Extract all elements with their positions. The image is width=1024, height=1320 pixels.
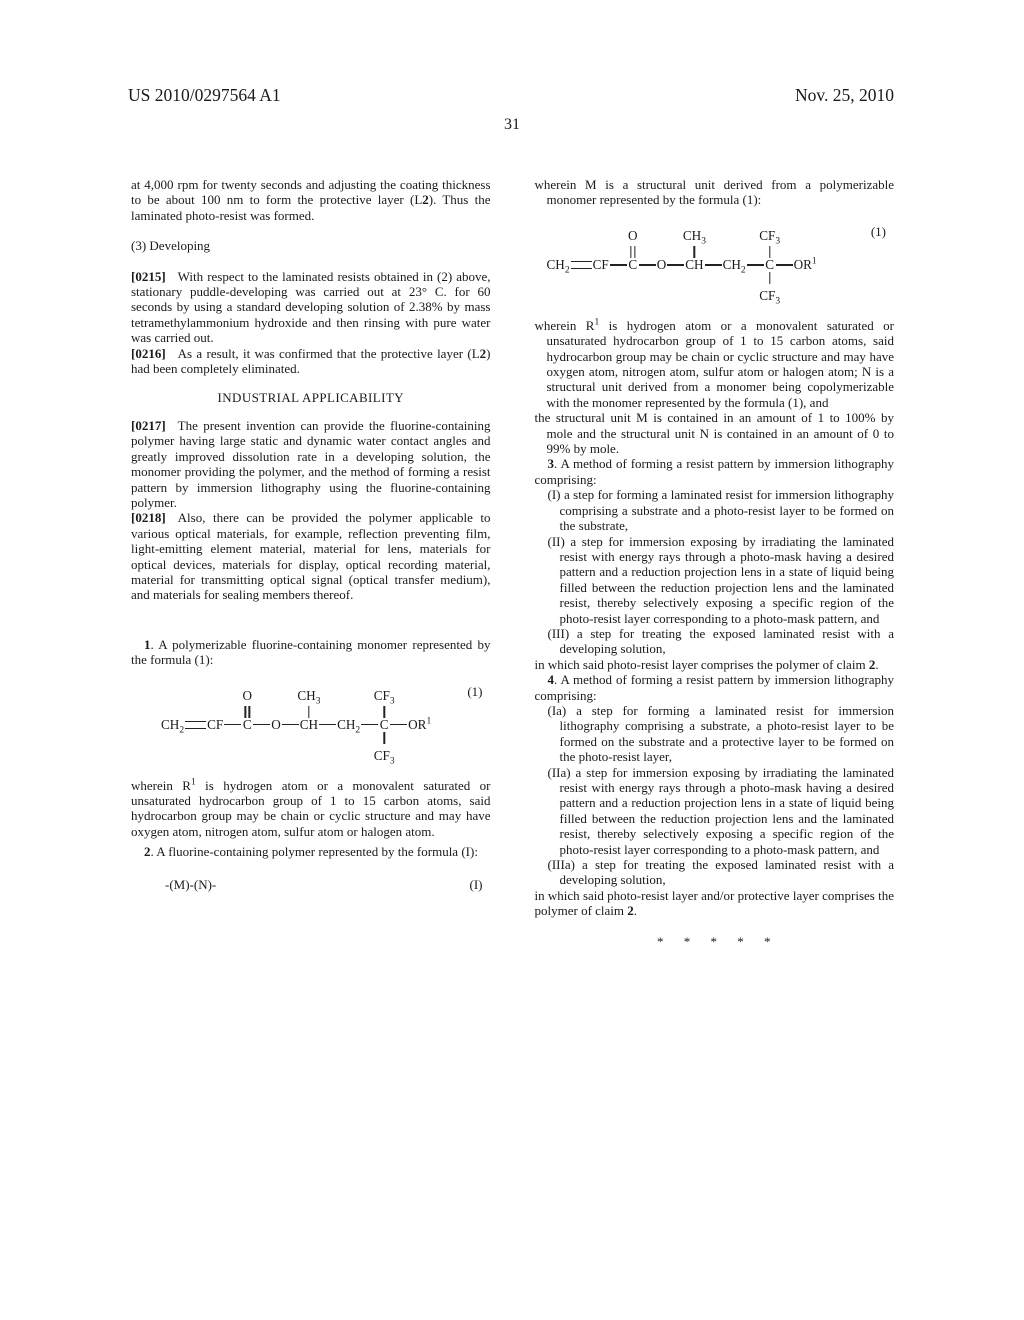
atom-c: C: [628, 257, 637, 273]
atom-or1: OR1: [794, 257, 817, 273]
claim-4-tail: in which said photo-resist layer and/or …: [535, 888, 895, 919]
claim-1: 1. A polymerizable fluorine-containing m…: [131, 637, 491, 668]
two-column-body: at 4,000 rpm for twenty seconds and adju…: [0, 134, 1024, 949]
atom-ch3: CH3: [297, 688, 320, 704]
paragraph-0217: [0217]The present invention can provide …: [131, 418, 491, 510]
atom-ch2: CH2: [161, 717, 184, 733]
formula-I-block: -(M)-(N)- (I): [131, 877, 491, 892]
claim-3-step-II: (II) a step for immersion exposing by ir…: [535, 534, 895, 626]
paragraph-text: As a result, it was confirmed that the p…: [131, 346, 491, 376]
single-bond: [639, 264, 656, 265]
claim-4-step-Ia: (Ia) a step for forming a laminated resi…: [535, 703, 895, 765]
claim-4: 4. A method of forming a resist pattern …: [535, 672, 895, 703]
single-bond-vertical: [769, 272, 770, 284]
paragraph-0215: [0215]With respect to the laminated resi…: [131, 269, 491, 346]
single-bond-vertical: [694, 246, 695, 258]
single-bond: [776, 264, 793, 265]
ch-methyl-group: CH3 CH: [685, 224, 703, 306]
claim-3: 3. A method of forming a resist pattern …: [535, 456, 895, 487]
atom-ch3: CH3: [683, 228, 706, 244]
single-bond-vertical: [383, 706, 384, 718]
single-bond: [282, 724, 299, 725]
end-of-claims-asterisks: * * * * *: [535, 934, 895, 949]
atom-cf3-bottom: CF3: [374, 748, 395, 764]
paragraph-0216: [0216]As a result, it was confirmed that…: [131, 346, 491, 377]
formula-I-body: -(M)-(N)-: [131, 877, 216, 892]
paragraph-text: Also, there can be provided the polymer …: [131, 510, 491, 602]
single-bond: [610, 264, 627, 265]
paragraph-0218: [0218]Also, there can be provided the po…: [131, 510, 491, 602]
atom-cf: CF: [593, 257, 609, 273]
c-bis-trifluoromethyl-group: CF3 C CF3: [379, 684, 389, 766]
claim-3-tail: in which said photo-resist layer compris…: [535, 657, 895, 672]
double-bond: [571, 261, 592, 269]
section-heading-developing: (3) Developing: [131, 238, 491, 253]
double-bond-vertical: [245, 706, 250, 718]
ch-methyl-group: CH3 CH: [300, 684, 318, 766]
atom-cf3-bottom: CF3: [759, 288, 780, 304]
formula-1-block-right: (1) CH2 CF O C O CH3: [535, 224, 895, 306]
atom-cf3-top: CF3: [759, 228, 780, 244]
paragraph-tag: [0218]: [131, 510, 178, 525]
single-bond: [705, 264, 722, 265]
single-bond-vertical: [383, 732, 384, 744]
left-column: at 4,000 rpm for twenty seconds and adju…: [131, 177, 491, 949]
chemical-structure-formula-1: CH2 CF O C O CH3 CH: [547, 224, 895, 306]
publication-date: Nov. 25, 2010: [795, 86, 894, 105]
section-heading-industrial-applicability: INDUSTRIAL APPLICABILITY: [131, 390, 491, 405]
paragraph-tag: [0216]: [131, 346, 178, 361]
paragraph-continued: at 4,000 rpm for twenty seconds and adju…: [131, 177, 491, 223]
claim-3-step-III: (III) a step for treating the exposed la…: [535, 626, 895, 657]
formula-number-label: (1): [871, 224, 886, 239]
claim-3-step-I: (I) a step for forming a laminated resis…: [535, 487, 895, 533]
patent-document-page: US 2010/0297564 A1 Nov. 25, 2010 31 at 4…: [0, 0, 1024, 1320]
formula-1-block-left: (1) CH2 CF O C O CH3: [131, 684, 491, 766]
carbonyl-group: O C: [242, 684, 252, 766]
double-bond-vertical: [630, 246, 635, 258]
atom-cf3-top: CF3: [374, 688, 395, 704]
atom-c: C: [765, 257, 774, 273]
page-number: 31: [0, 116, 1024, 134]
atom-ch: CH: [300, 717, 318, 733]
paragraph-text: With respect to the laminated resists ob…: [131, 269, 491, 346]
double-bond: [185, 721, 206, 729]
atom-o-carbonyl: O: [242, 688, 252, 704]
paragraph-tag: [0215]: [131, 269, 178, 284]
single-bond: [361, 724, 378, 725]
claim-4-step-IIa: (IIa) a step for immersion exposing by i…: [535, 765, 895, 857]
atom-or1: OR1: [408, 717, 431, 733]
paragraph-text: The present invention can provide the fl…: [131, 418, 491, 510]
single-bond: [319, 724, 336, 725]
formula-number-label: (1): [467, 684, 482, 699]
atom-c: C: [380, 717, 389, 733]
single-bond: [667, 264, 684, 265]
chemical-structure-formula-1: CH2 CF O C O CH3 CH: [161, 684, 491, 766]
atom-o: O: [271, 717, 281, 733]
single-bond: [253, 724, 270, 725]
paragraph-tag: [0217]: [131, 418, 178, 433]
right-column: wherein M is a structural unit derived f…: [535, 177, 895, 949]
single-bond: [224, 724, 241, 725]
atom-ch2: CH2: [723, 257, 746, 273]
claim-2: 2. A fluorine-containing polymer represe…: [131, 844, 491, 859]
single-bond: [390, 724, 407, 725]
single-bond-vertical: [769, 246, 770, 258]
formula-number-label: (I): [470, 877, 483, 892]
single-bond-vertical: [308, 706, 309, 718]
carbonyl-group: O C: [628, 224, 638, 306]
atom-ch: CH: [685, 257, 703, 273]
claim-2-unit-amounts-clause: the structural unit M is contained in an…: [535, 410, 895, 456]
claim-wherein-m-clause: wherein M is a structural unit derived f…: [535, 177, 895, 208]
atom-o: O: [657, 257, 667, 273]
claim-2-wherein-clause: wherein R1 is hydrogen atom or a monoval…: [535, 318, 895, 410]
atom-ch2: CH2: [337, 717, 360, 733]
single-bond: [747, 264, 764, 265]
page-header: US 2010/0297564 A1 Nov. 25, 2010: [0, 0, 1024, 105]
atom-o-carbonyl: O: [628, 228, 638, 244]
claim-1-wherein-clause: wherein R1 is hydrogen atom or a monoval…: [131, 778, 491, 840]
atom-c: C: [243, 717, 252, 733]
claim-4-step-IIIa: (IIIa) a step for treating the exposed l…: [535, 857, 895, 888]
c-bis-trifluoromethyl-group: CF3 C CF3: [765, 224, 775, 306]
atom-ch2: CH2: [547, 257, 570, 273]
publication-number: US 2010/0297564 A1: [128, 86, 281, 105]
atom-cf: CF: [207, 717, 223, 733]
